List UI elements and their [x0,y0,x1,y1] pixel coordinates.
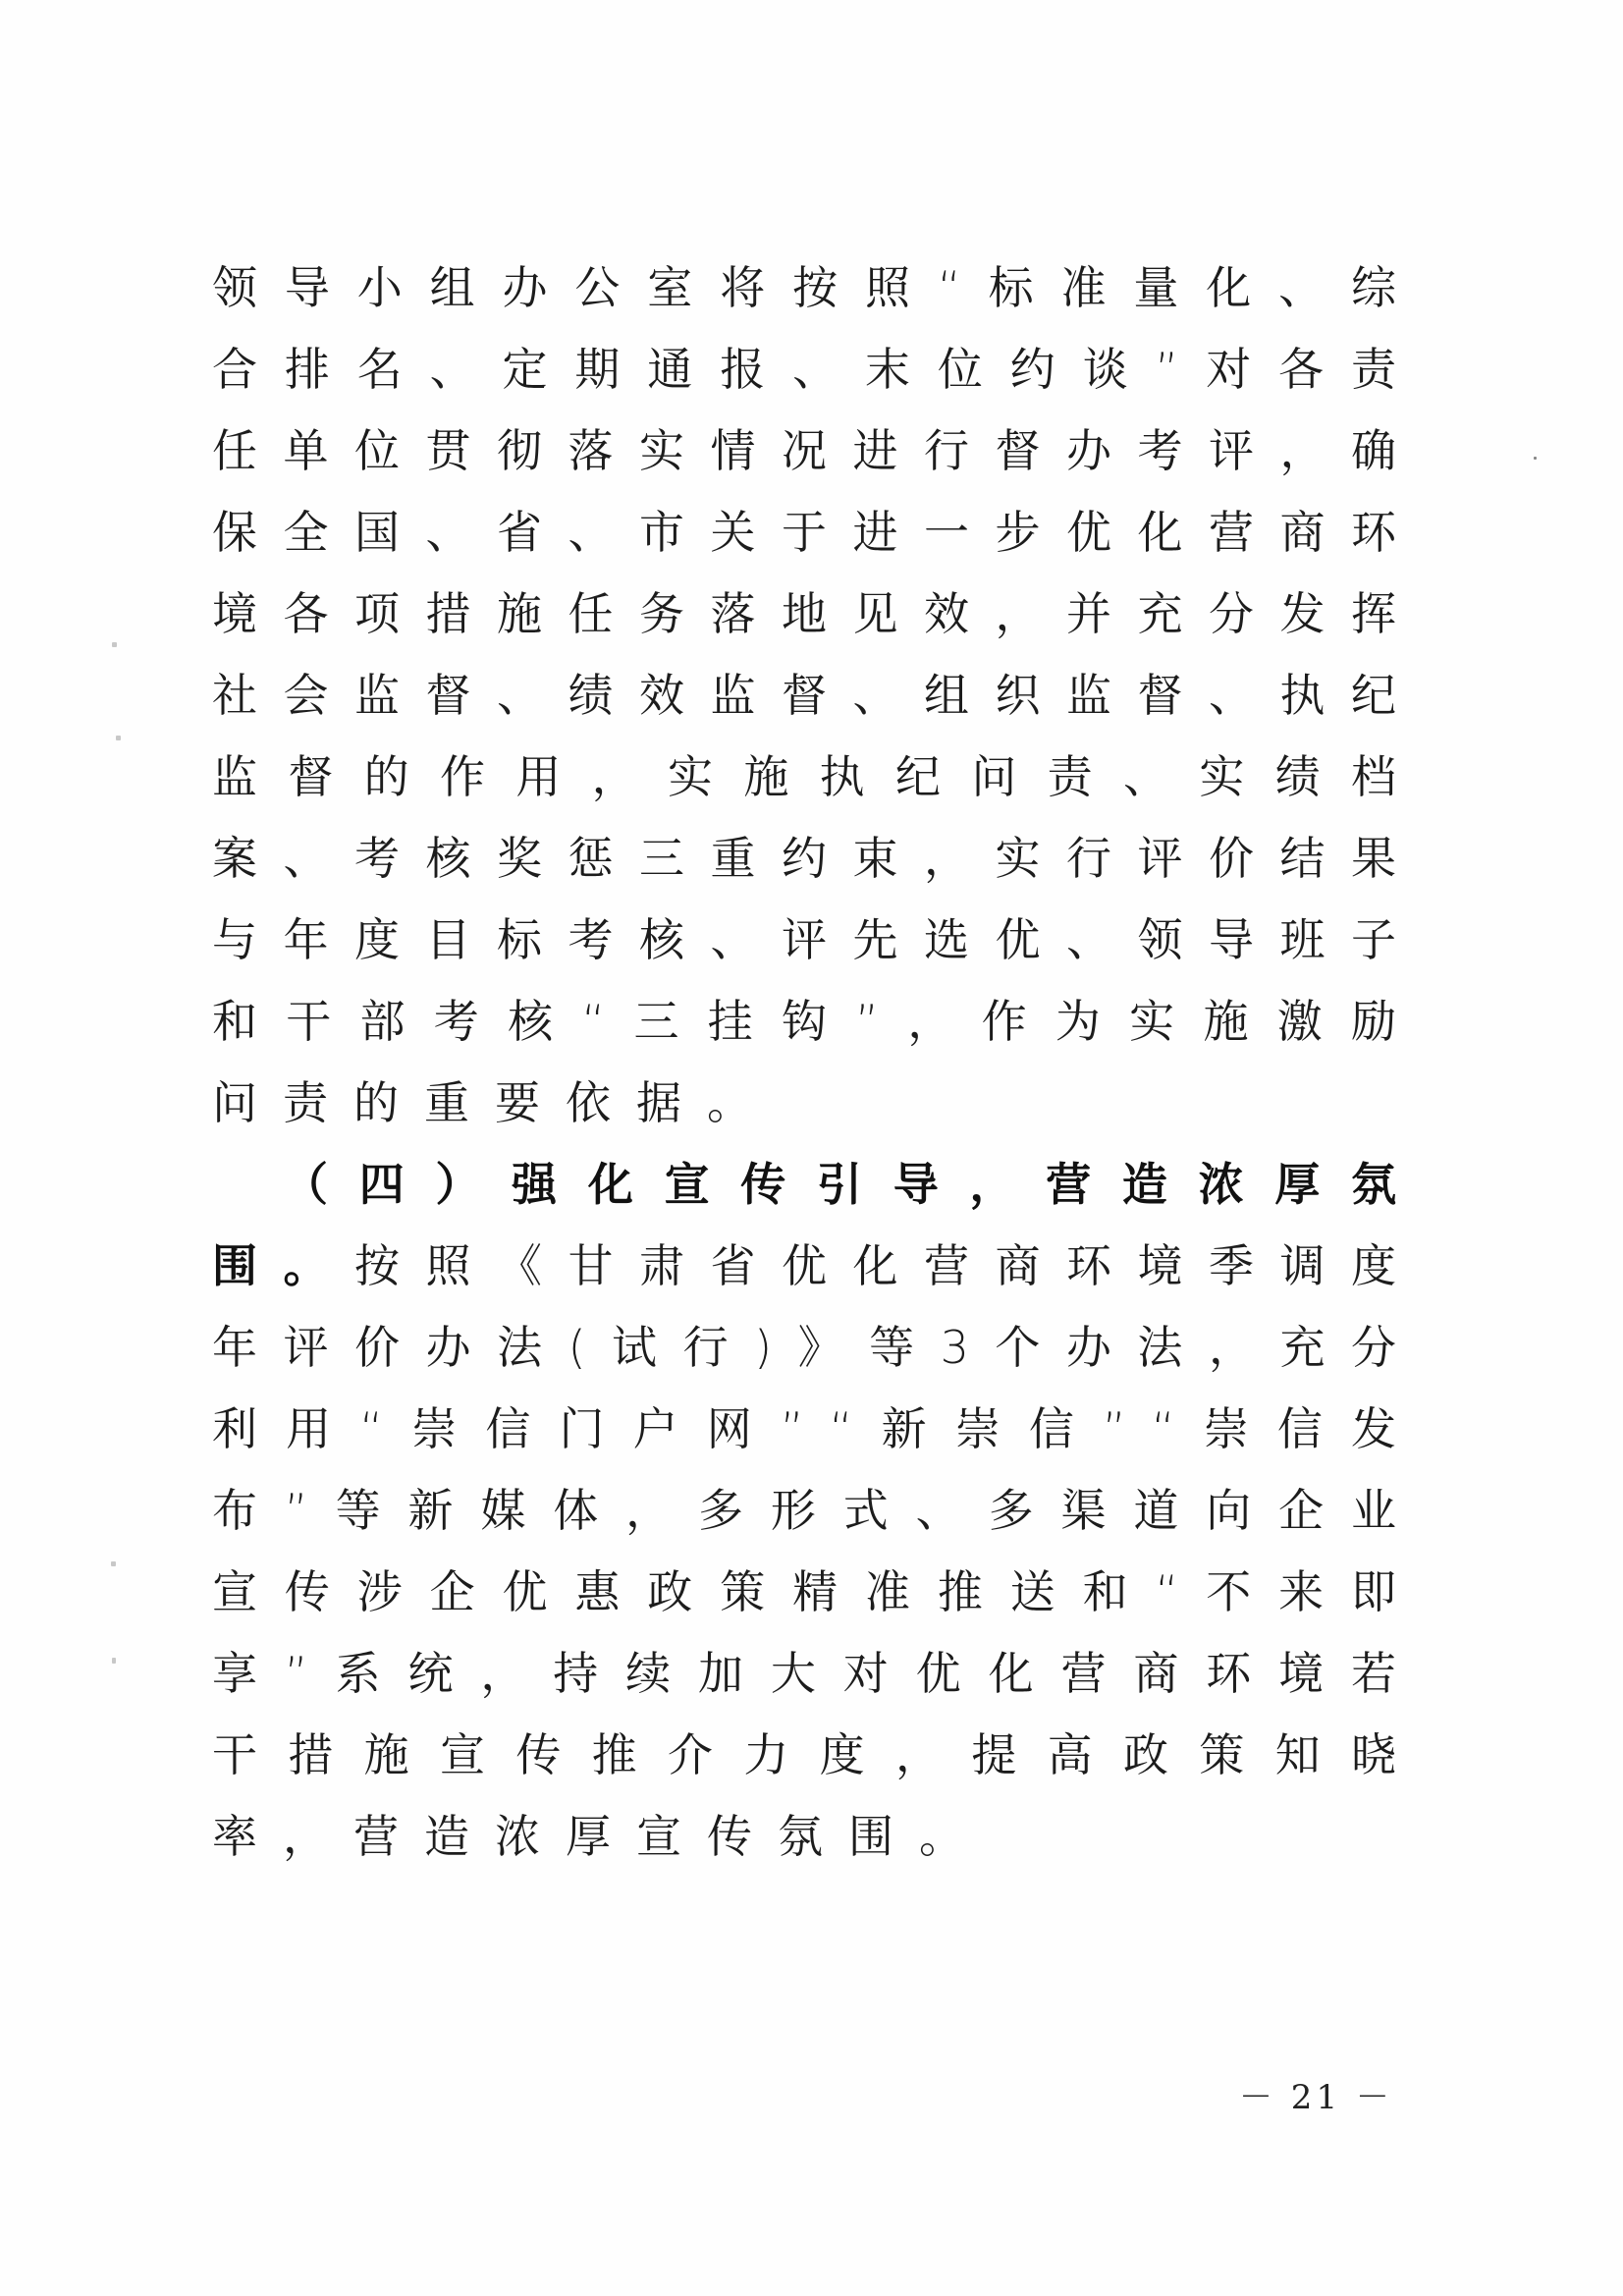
scan-speck [111,1561,116,1566]
scan-speck [116,736,121,740]
document-page: 领导小组办公室将按照“标准量化、综合排名、定期通报、末位约谈”对各责任单位贯彻落… [0,0,1623,2296]
body-text: 领导小组办公室将按照“标准量化、综合排名、定期通报、末位约谈”对各责任单位贯彻落… [212,247,1422,1878]
scan-speck [112,642,117,647]
paragraph-publicity: （四）强化宣传引导，营造浓厚氛围。按照《甘肃省优化营商环境季调度年评价办法(试行… [212,1144,1422,1878]
page-number: － 21 － [1239,2070,1393,2118]
scan-speck [1534,457,1537,460]
scan-speck [112,1658,116,1664]
paragraph-text: 按照《甘肃省优化营商环境季调度年评价办法(试行)》等3个办法，充分利用“崇信门户… [212,1239,1422,1863]
paragraph-supervision: 领导小组办公室将按照“标准量化、综合排名、定期通报、末位约谈”对各责任单位贯彻落… [212,247,1422,1144]
paragraph-text: 领导小组办公室将按照“标准量化、综合排名、定期通报、末位约谈”对各责任单位贯彻落… [212,261,1422,1129]
